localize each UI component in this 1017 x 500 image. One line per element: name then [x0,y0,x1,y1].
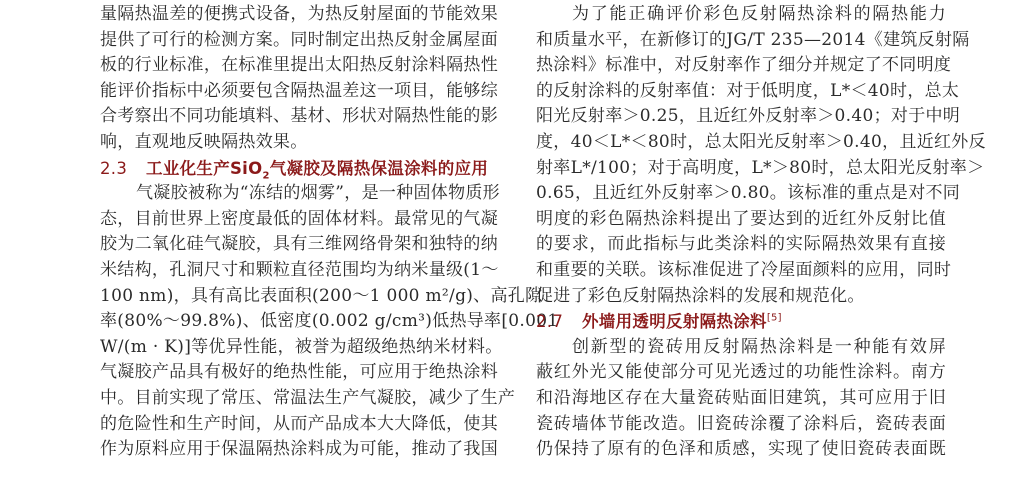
text-line: 提供了可行的检测方案。同时制定出热反射金属屋面 [100,28,498,54]
section-number: 2.7 [536,309,582,335]
right-column: 为了能正确评价彩色反射隔热涂料的隔热能力 和质量水平，在新修订的JG/T 235… [536,2,946,463]
text-line: 和沿海地区存在大量瓷砖贴面旧建筑，其可应用于旧 [536,386,946,412]
text-line: 合考察出不同功能填料、基材、形状对隔热性能的影 [100,104,498,130]
text-line: 创新型的瓷砖用反射隔热涂料是一种能有效屏 [536,335,946,361]
text-line: 响，直观地反映隔热效果。 [100,130,498,156]
text-line: 和重要的关联。该标准促进了冷屋面颜料的应用，同时 [536,258,946,284]
text-line: 作为原料应用于保温隔热涂料成为可能，推动了我国 [100,437,498,463]
text-line: 态，目前世界上密度最低的固体材料。最常见的气凝 [100,207,498,233]
text-line: 的反射涂料的反射率值：对于低明度，L*＜40时，总太 [536,79,946,105]
citation-link[interactable]: [5] [767,313,782,324]
text-line: 为了能正确评价彩色反射隔热涂料的隔热能力 [536,2,946,28]
text-line: 的要求，而此指标与此类涂料的实际隔热效果有直接 [536,232,946,258]
text-line: 胶为二氧化硅气凝胶，具有三维网络骨架和独特的纳 [100,232,498,258]
subscript: 2 [262,170,269,181]
text-line: 射率L*/100；对于高明度，L*＞80时，总太阳光反射率＞ [536,156,946,182]
text-line: 能评价指标中必须要包含隔热温差这一项目，能够综 [100,79,498,105]
section-heading-2-3: 2.3工业化生产SiO2气凝胶及隔热保温涂料的应用 [100,156,498,182]
text-line: 米结构，孔洞尺寸和颗粒直径范围均为纳米量级(1～ [100,258,498,284]
text-line: 仍保持了原有的色泽和质感，实现了使旧瓷砖表面既 [536,437,946,463]
text-line: W/(m · K)]等优异性能，被誉为超级绝热纳米材料。 [100,335,498,361]
text-line: 中。目前实现了常压、常温法生产气凝胶，减少了生产 [100,386,498,412]
text-line: 板的行业标准，在标准里提出太阳热反射涂料隔热性 [100,53,498,79]
text-line: 量隔热温差的便携式设备，为热反射屋面的节能效果 [100,2,498,28]
section-title-part: 气凝胶及隔热保温涂料的应用 [270,159,488,178]
text-line: 气凝胶被称为“冻结的烟雾”，是一种固体物质形 [100,181,498,207]
text-line: 度，40＜L*＜80时，总太阳光反射率＞0.40，且近红外反 [536,130,946,156]
text-line: 阳光反射率＞0.25，且近红外反射率＞0.40；对于中明 [536,104,946,130]
text-line: 热涂料》标准中，对反射率作了细分并规定了不同明度 [536,53,946,79]
section-number: 2.3 [100,156,146,182]
text-line: 的危险性和生产时间，从而产品成本大大降低，使其 [100,412,498,438]
text-line: 瓷砖墙体节能改造。旧瓷砖涂覆了涂料后，瓷砖表面 [536,412,946,438]
text-line: 明度的彩色隔热涂料提出了要达到的近红外反射比值 [536,207,946,233]
text-line: 100 nm)，具有高比表面积(200～1 000 m²/g)、高孔隙 [100,284,498,310]
text-line: 0.65，且近红外反射率＞0.80。该标准的重点是对不同 [536,181,946,207]
section-title: 外墙用透明反射隔热涂料 [582,312,767,331]
section-heading-2-7: 2.7外墙用透明反射隔热涂料[5] [536,309,946,335]
text-line: 和质量水平，在新修订的JG/T 235—2014《建筑反射隔 [536,28,946,54]
text-line: 蔽红外光又能使部分可见光透过的功能性涂料。南方 [536,360,946,386]
section-title: 工业化生产SiO2气凝胶及隔热保温涂料的应用 [146,159,488,178]
text-line: 率(80%～99.8%)、低密度(0.002 g/cm³)低热导率[0.001 [100,309,498,335]
text-line: 气凝胶产品具有极好的绝热性能，可应用于绝热涂料 [100,360,498,386]
text-line: 促进了彩色反射隔热涂料的发展和规范化。 [536,284,946,310]
section-title-part: 工业化生产SiO [146,159,262,178]
left-column: 量隔热温差的便携式设备，为热反射屋面的节能效果 提供了可行的检测方案。同时制定出… [100,2,498,463]
